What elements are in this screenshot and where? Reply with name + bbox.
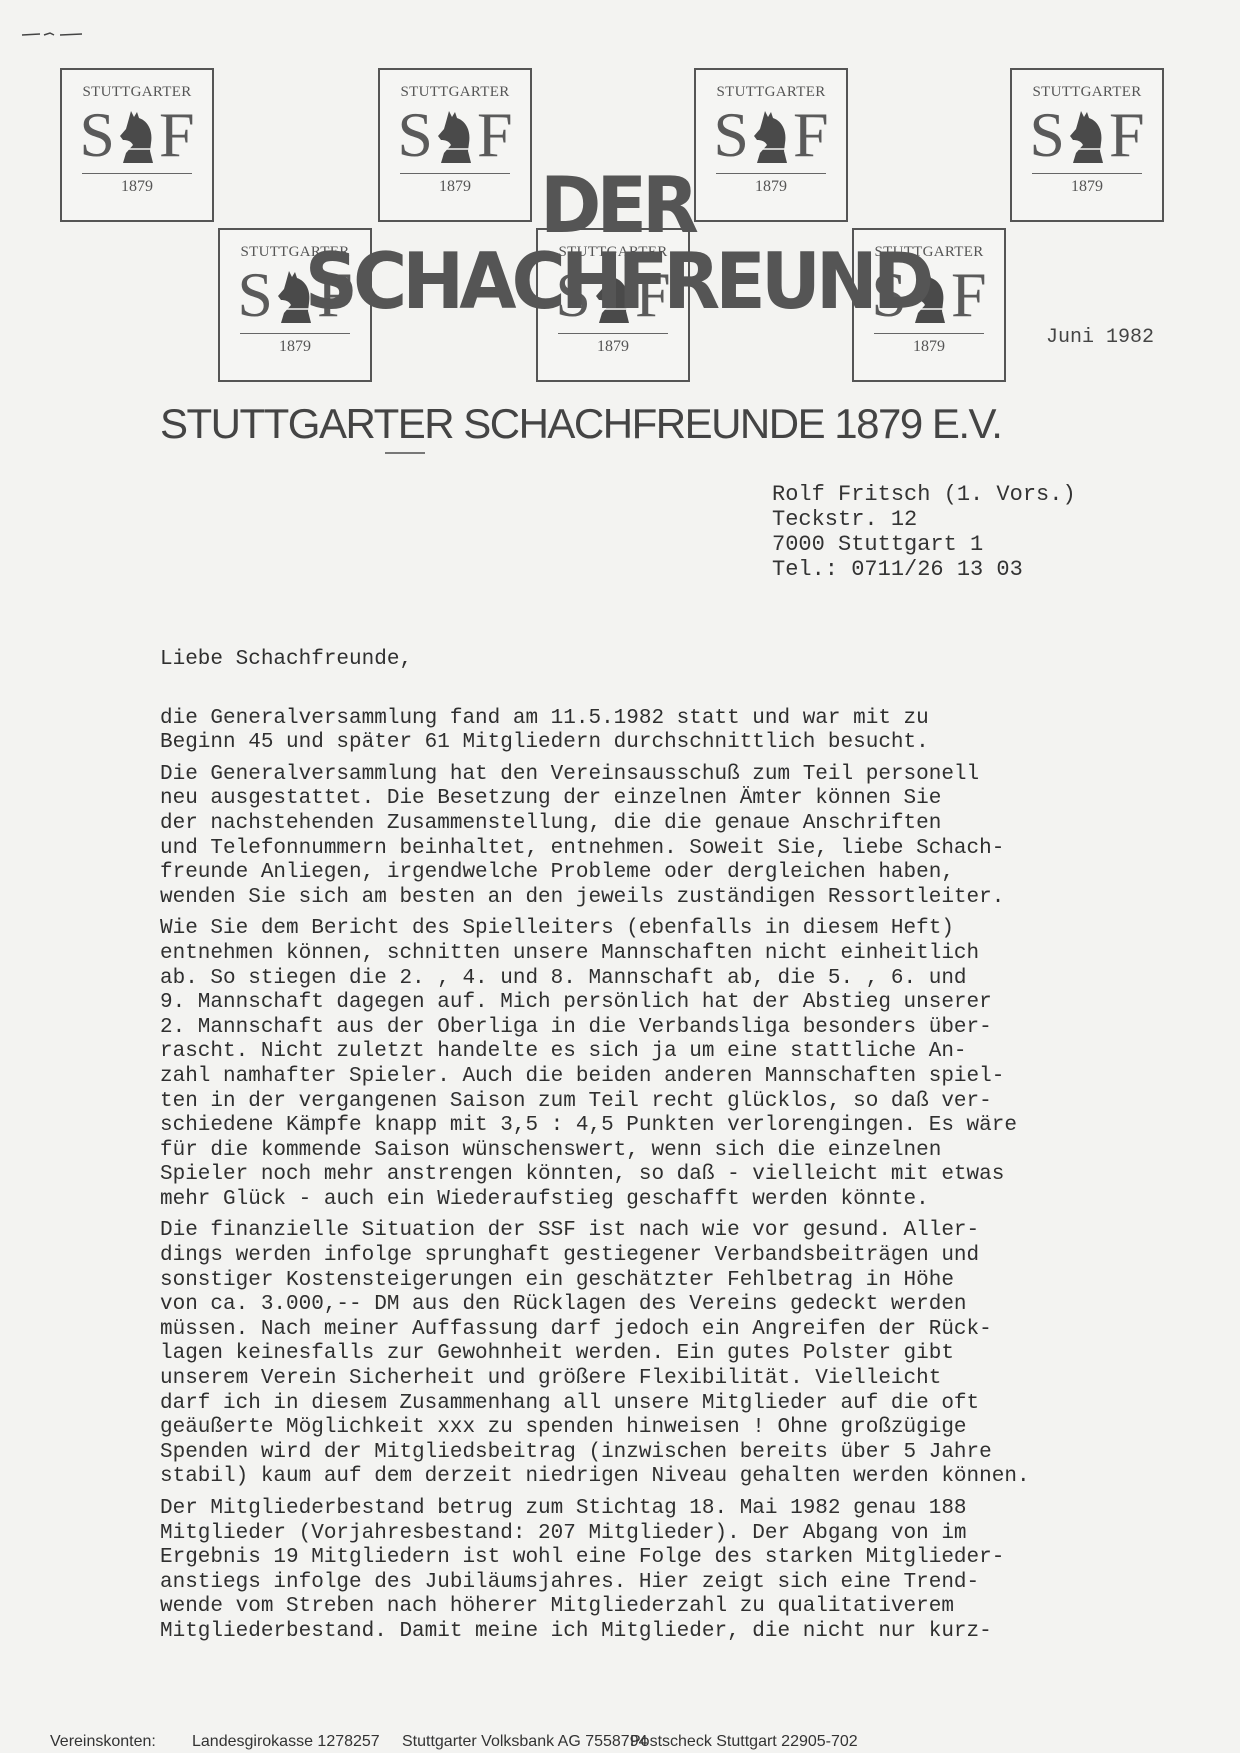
chess-knight-icon <box>117 109 157 165</box>
logo-year: 1879 <box>1012 178 1162 196</box>
logo-divider <box>1032 173 1142 174</box>
paragraph: die Generalversammlung fand am 11.5.1982… <box>160 707 1220 756</box>
paragraph: Der Mitgliederbestand betrug zum Stichta… <box>160 1497 1220 1645</box>
logo-year: 1879 <box>62 178 212 196</box>
sender-phone: Tel.: 0711/26 13 03 <box>772 557 1076 582</box>
masthead-title: DER SCHACHFREUND <box>222 168 1012 244</box>
bank-accounts-footer: Vereinskonten: Landesgirokasse 1278257 S… <box>50 1733 1230 1751</box>
logo-letter-s: S <box>397 105 433 165</box>
logo-letter-f: F <box>951 265 987 325</box>
sender-address: Rolf Fritsch (1. Vors.) Teckstr. 12 7000… <box>772 482 1076 582</box>
logo-year: 1879 <box>538 338 688 356</box>
logo-year: 1879 <box>220 338 370 356</box>
sender-name: Rolf Fritsch (1. Vors.) <box>772 482 1076 507</box>
chess-knight-icon <box>435 109 475 165</box>
issue-date: Juni 1982 <box>1046 326 1154 349</box>
club-name: STUTTGARTER SCHACHFREUNDE 1879 E.V. <box>160 400 1001 448</box>
logo-letter-s: S <box>713 105 749 165</box>
paragraph: Die finanzielle Situation der SSF ist na… <box>160 1219 1220 1490</box>
paragraph: Die Generalversammlung hat den Vereinsau… <box>160 763 1220 911</box>
logo-year: 1879 <box>854 338 1004 356</box>
bank-account: Postscheck Stuttgart 22905-702 <box>630 1733 858 1751</box>
footer-label: Vereinskonten: <box>50 1733 192 1751</box>
logo-letter-f: F <box>793 105 829 165</box>
logo-divider <box>240 333 350 334</box>
club-logo: STUTTGARTER S F 1879 <box>1010 68 1164 222</box>
letter-body: Liebe Schachfreunde, die Generalversamml… <box>160 648 1220 1652</box>
salutation: Liebe Schachfreunde, <box>160 648 1220 673</box>
logo-letter-s: S <box>237 265 273 325</box>
bank-account: Landesgirokasse 1278257 <box>192 1733 402 1751</box>
logo-letter-f: F <box>1109 105 1145 165</box>
logo-divider <box>82 173 192 174</box>
sender-city: 7000 Stuttgart 1 <box>772 532 1076 557</box>
chess-knight-icon <box>751 109 791 165</box>
logo-letter-f: F <box>477 105 513 165</box>
logo-divider <box>874 333 984 334</box>
paragraph: Wie Sie dem Bericht des Spielleiters (eb… <box>160 917 1220 1212</box>
chess-knight-icon <box>1067 109 1107 165</box>
logo-divider <box>558 333 668 334</box>
bank-account: Stuttgarter Volksbank AG 7558794 <box>402 1733 630 1751</box>
sender-street: Teckstr. 12 <box>772 507 1076 532</box>
divider <box>385 452 425 454</box>
logo-letter-s: S <box>79 105 115 165</box>
club-logo: STUTTGARTER S F 1879 <box>60 68 214 222</box>
logo-letter-f: F <box>159 105 195 165</box>
logo-letter-s: S <box>1029 105 1065 165</box>
handwritten-mark <box>20 30 100 38</box>
